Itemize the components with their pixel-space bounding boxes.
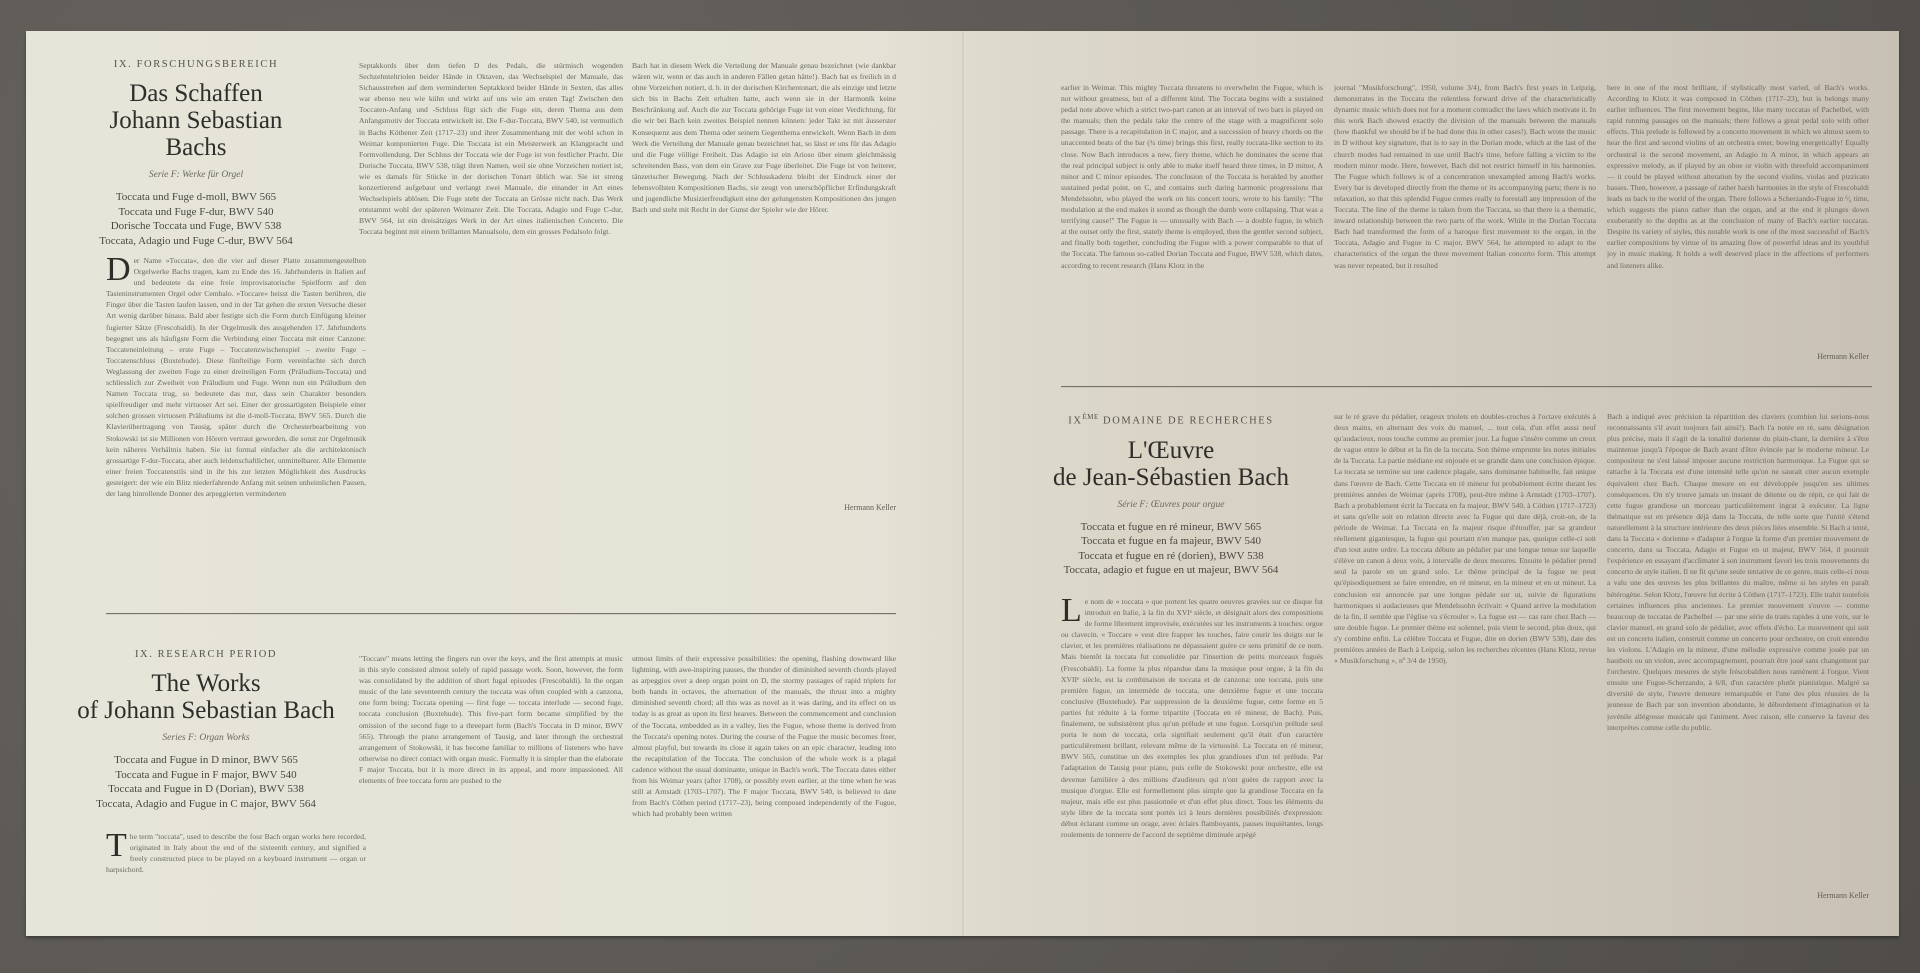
english-cont-text-1: earlier in Weimar. This mighty Toccata t… [1061, 82, 1323, 271]
english-kicker: IX. Research Period [76, 649, 336, 660]
german-dropcap: D [106, 257, 131, 283]
english-title-line2: of Johann Sebastian Bach [76, 697, 336, 724]
german-title-line1: Das Schaffen [76, 80, 316, 107]
section-divider-right [1061, 386, 1872, 387]
english-cont-text-2: journal "Musikforschung", 1950, volume 3… [1334, 82, 1596, 271]
english-work-item: Toccata and Fugue in D (Dorian), BWV 538 [76, 782, 336, 797]
french-series: Série F: Œuvres pour orgue [1026, 500, 1316, 510]
french-work-item: Toccata et fugue en ré mineur, BWV 565 [1026, 520, 1316, 535]
english-column-3: utmost limits of their expressive possib… [632, 653, 896, 929]
english-column-1: The term "toccata", used to describe the… [106, 831, 366, 891]
english-signature: Hermann Keller [1759, 352, 1869, 361]
german-text-1: er Name »Toccata«, den die vier auf dies… [106, 255, 366, 499]
french-signature: Hermann Keller [1759, 891, 1869, 900]
french-works-list: Toccata et fugue en ré mineur, BWV 565 T… [1026, 520, 1316, 578]
french-work-item: Toccata et fugue en ré (dorien), BWV 538 [1026, 549, 1316, 564]
german-series: Serie F: Werke für Orgel [76, 170, 316, 180]
french-title-block: IXème Domaine de Recherches L'Œuvre de J… [1026, 413, 1316, 578]
english-cont-column-3: here in one of the most brilliant, if st… [1607, 82, 1869, 348]
german-column-1: Der Name »Toccata«, den die vier auf die… [106, 255, 366, 519]
english-work-item: Toccata, Adagio and Fugue in C major, BW… [76, 797, 336, 812]
german-works-list: Toccata und Fuge d-moll, BWV 565 Toccata… [76, 190, 316, 248]
german-work-item: Toccata und Fuge F-dur, BWV 540 [76, 205, 316, 220]
french-dropcap: L [1061, 598, 1082, 624]
english-title-line1: The Works [76, 670, 336, 697]
french-column-1: Le nom de « toccata » que portent les qu… [1061, 596, 1323, 928]
english-series: Series F: Organ Works [76, 733, 336, 743]
french-column-3: Bach a indiqué avec précision la réparti… [1607, 411, 1869, 883]
french-text-1: e nom de « toccata » que portent les qua… [1061, 596, 1323, 840]
german-text-3: Bach hat in diesem Werk die Verteilung d… [632, 60, 896, 215]
english-text-1: he term "toccata", used to describe the … [106, 831, 366, 875]
french-kicker-prefix: IX [1068, 416, 1082, 427]
liner-notes-sheet: IX. Forschungsbereich Das Schaffen Johan… [26, 31, 1899, 936]
section-divider-left [106, 613, 896, 614]
german-work-item: Dorische Toccata und Fuge, BWV 538 [76, 219, 316, 234]
german-work-item: Toccata und Fuge d-moll, BWV 565 [76, 190, 316, 205]
english-column-2: "Toccare" means letting the fingers run … [359, 653, 623, 929]
english-work-item: Toccata and Fugue in D minor, BWV 565 [76, 753, 336, 768]
german-column-2: Septakkords über dem tiefen D des Pedals… [359, 60, 623, 519]
english-cont-column-2: journal "Musikforschung", 1950, volume 3… [1334, 82, 1596, 374]
german-signature: Hermann Keller [786, 503, 896, 512]
german-title-line2: Johann Sebastian Bachs [76, 107, 316, 161]
german-work-item: Toccata, Adagio und Fuge C-dur, BWV 564 [76, 234, 316, 249]
english-text-2: "Toccare" means letting the fingers run … [359, 653, 623, 786]
french-work-item: Toccata, adagio et fugue en ut majeur, B… [1026, 563, 1316, 578]
english-cont-text-3: here in one of the most brilliant, if st… [1607, 82, 1869, 271]
french-title-line1: L'Œuvre [1026, 437, 1316, 464]
english-cont-column-1: earlier in Weimar. This mighty Toccata t… [1061, 82, 1323, 374]
german-kicker: IX. Forschungsbereich [76, 59, 316, 70]
german-title-block: IX. Forschungsbereich Das Schaffen Johan… [76, 59, 316, 248]
french-title-line2: de Jean-Sébastien Bach [1026, 464, 1316, 491]
french-kicker-text: Domaine de Recherches [1103, 416, 1274, 427]
english-work-item: Toccata and Fugue in F major, BWV 540 [76, 768, 336, 783]
right-panel: earlier in Weimar. This mighty Toccata t… [966, 31, 1899, 936]
french-work-item: Toccata et fugue en fa majeur, BWV 540 [1026, 534, 1316, 549]
french-kicker-sup: ème [1083, 413, 1099, 421]
english-title-block: IX. Research Period The Works of Johann … [76, 649, 336, 811]
french-text-3: Bach a indiqué avec précision la réparti… [1607, 411, 1869, 733]
english-dropcap: T [106, 833, 127, 859]
english-works-list: Toccata and Fugue in D minor, BWV 565 To… [76, 753, 336, 811]
french-text-2: sur le ré grave du pédalier, orageux tri… [1334, 411, 1596, 666]
french-column-2: sur le ré grave du pédalier, orageux tri… [1334, 411, 1596, 928]
english-text-3: utmost limits of their expressive possib… [632, 653, 896, 819]
german-text-2: Septakkords über dem tiefen D des Pedals… [359, 60, 623, 238]
french-kicker: IXème Domaine de Recherches [1026, 413, 1316, 427]
left-panel: IX. Forschungsbereich Das Schaffen Johan… [26, 31, 962, 936]
german-column-3: Bach hat in diesem Werk die Verteilung d… [632, 60, 896, 498]
